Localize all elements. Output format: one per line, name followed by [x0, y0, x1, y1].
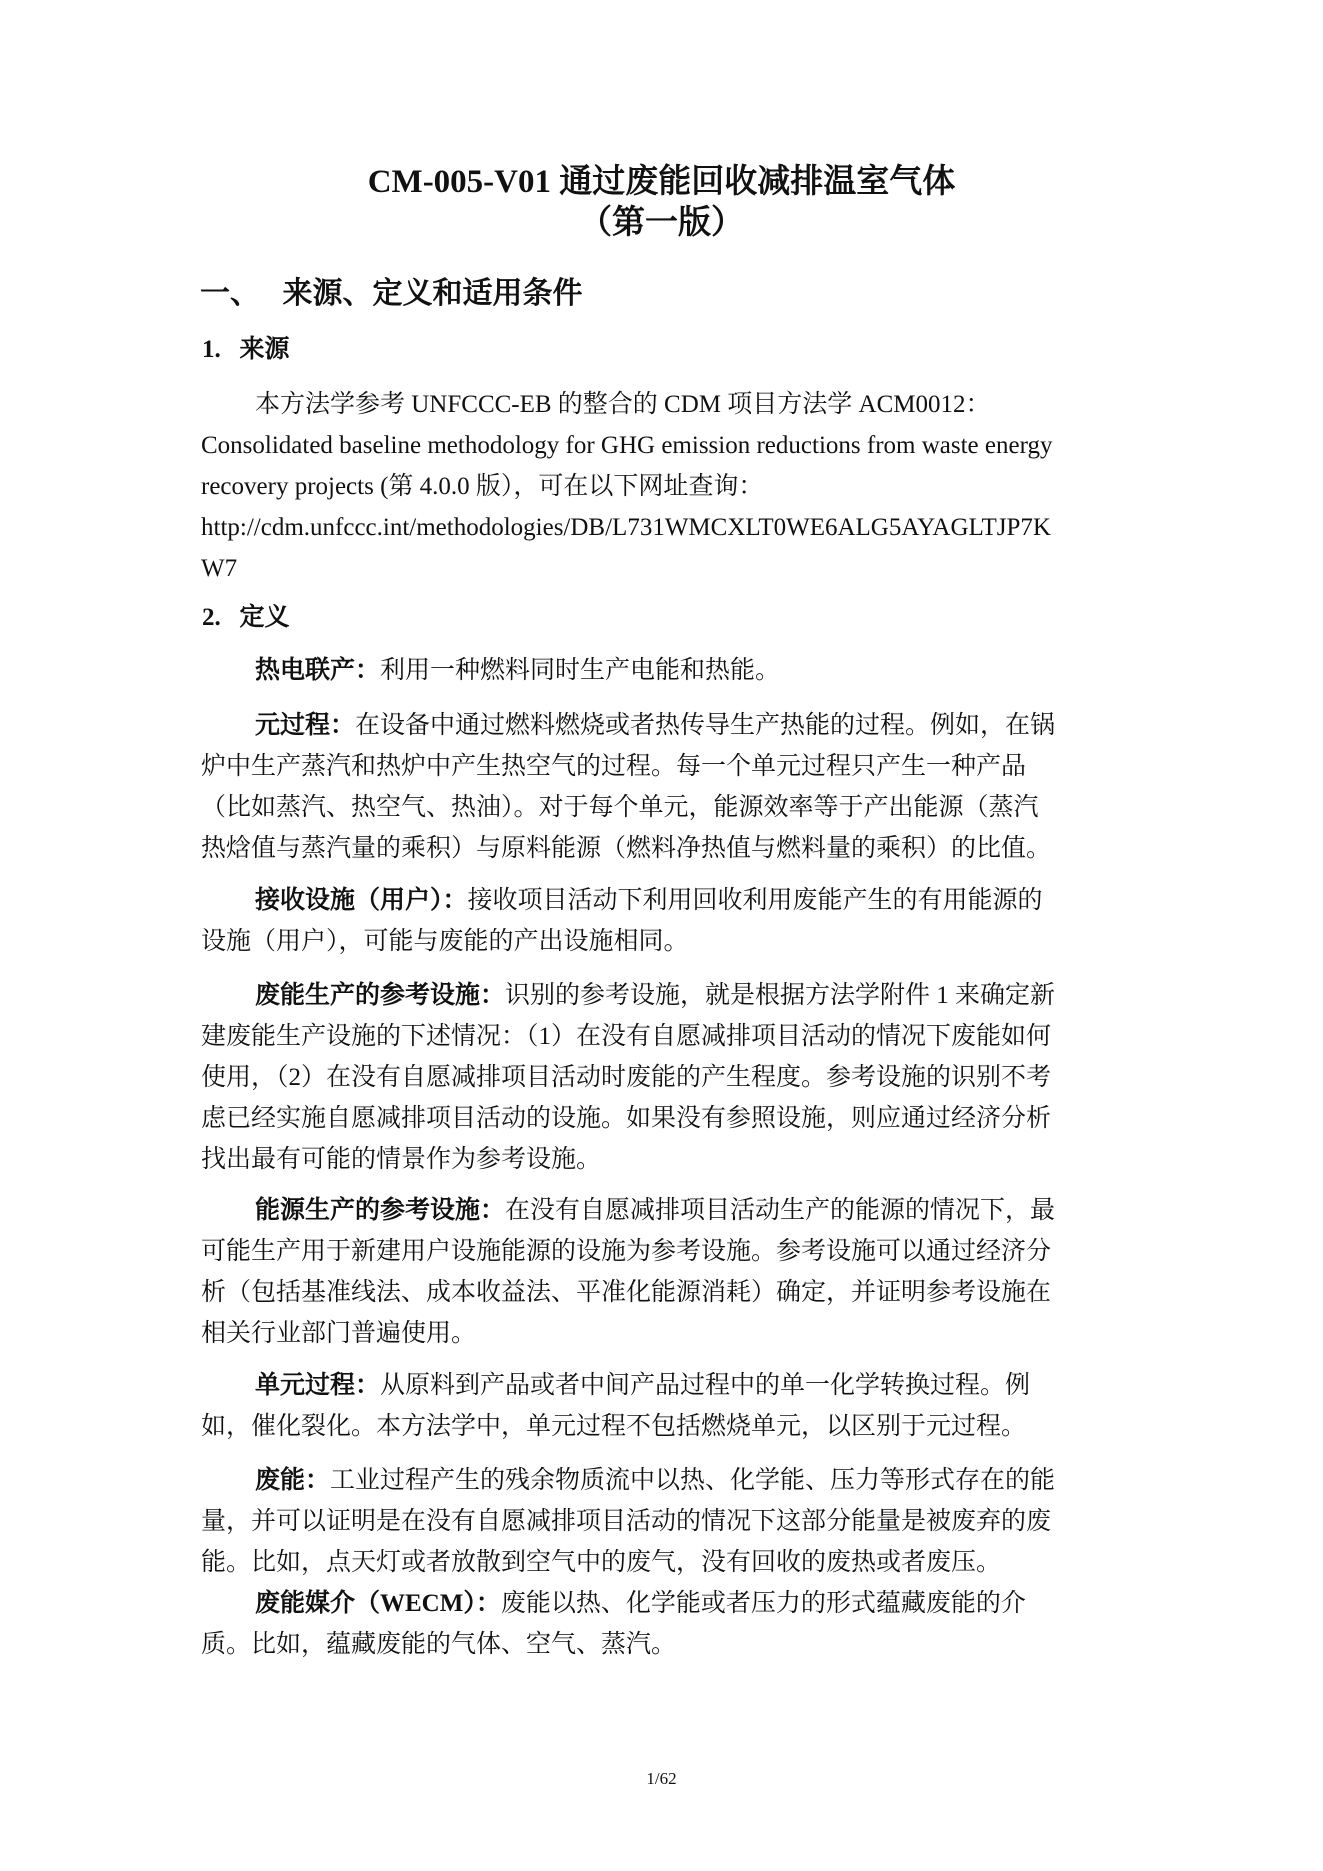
definition-text: 设施（用户），可能与废能的产出设施相同。: [201, 921, 1126, 962]
definition-recipient-facility: 接收设施（用户）：接收项目活动下利用回收利用废能产生的有用能源的 设施（用户），…: [201, 880, 1126, 962]
page-number: 1/62: [0, 1768, 1323, 1790]
definition-text: 量，并可以证明是在没有自愿减排项目活动的情况下这部分能量是被废弃的废: [201, 1501, 1126, 1542]
subsection-heading-definitions: 2. 定义: [202, 600, 290, 636]
definition-term: 废能：: [255, 1467, 330, 1494]
definition-text: （比如蒸汽、热空气、热油）。对于每个单元，能源效率等于产出能源（蒸汽: [201, 787, 1126, 828]
definition-term: 元过程：: [255, 712, 355, 739]
definition-term: 能源生产的参考设施：: [255, 1197, 505, 1224]
subsection-heading-sources: 1. 来源: [202, 332, 290, 368]
definition-energy-reference-facility: 能源生产的参考设施：在没有自愿减排项目活动生产的能源的情况下，最 可能生产用于新…: [201, 1190, 1126, 1354]
methodology-url[interactable]: http://cdm.unfccc.int/methodologies/DB/L…: [201, 507, 1126, 548]
definition-term: 热电联产：: [255, 657, 380, 684]
definition-text: 析（包括基准线法、成本收益法、平准化能源消耗）确定，并证明参考设施在: [201, 1272, 1126, 1313]
definition-text: 从原料到产品或者中间产品过程中的单一化学转换过程。例: [380, 1372, 1030, 1399]
definition-text: 可能生产用于新建用户设施能源的设施为参考设施。参考设施可以通过经济分: [201, 1231, 1126, 1272]
definition-text: 接收项目活动下利用回收利用废能产生的有用能源的: [468, 887, 1043, 914]
document-page: CM-005-V01 通过废能回收减排温室气体 （第一版） 一、 来源、定义和适…: [0, 0, 1323, 1871]
definition-text: 炉中生产蒸汽和热炉中产生热空气的过程。每一个单元过程只产生一种产品: [201, 746, 1126, 787]
definition-text: 找出最有可能的情景作为参考设施。: [201, 1139, 1126, 1180]
definition-text: 热焓值与蒸汽量的乘积）与原料能源（燃料净热值与燃料量的乘积）的比值。: [201, 828, 1126, 869]
definition-term: 单元过程：: [255, 1372, 380, 1399]
definition-text: 使用，（2）在没有自愿减排项目活动时废能的产生程度。参考设施的识别不考: [201, 1057, 1126, 1098]
definition-text: 废能以热、化学能或者压力的形式蕴藏废能的介: [501, 1590, 1026, 1617]
definition-text: 工业过程产生的残余物质流中以热、化学能、压力等形式存在的能: [330, 1467, 1055, 1494]
definition-text: 利用一种燃料同时生产电能和热能。: [380, 657, 780, 684]
definition-text: 建废能生产设施的下述情况：（1）在没有自愿减排项目活动的情况下废能如何: [201, 1016, 1126, 1057]
definition-wecm: 废能媒介（WECM）：废能以热、化学能或者压力的形式蕴藏废能的介 质。比如，蕴藏…: [201, 1583, 1126, 1665]
document-title: CM-005-V01 通过废能回收减排温室气体: [0, 162, 1323, 202]
definition-term: 废能生产的参考设施：: [255, 982, 505, 1009]
paragraph-line: 本方法学参考 UNFCCC-EB 的整合的 CDM 项目方法学 ACM0012：: [201, 384, 1126, 425]
definition-unit-process: 单元过程：从原料到产品或者中间产品过程中的单一化学转换过程。例 如，催化裂化。本…: [201, 1365, 1126, 1447]
sources-paragraph: 本方法学参考 UNFCCC-EB 的整合的 CDM 项目方法学 ACM0012：…: [201, 384, 1126, 589]
definition-text: 识别的参考设施，就是根据方法学附件 1 来确定新: [505, 982, 1055, 1009]
definition-text: 质。比如，蕴藏废能的气体、空气、蒸汽。: [201, 1624, 1126, 1665]
section-heading-sources-definitions: 一、 来源、定义和适用条件: [200, 274, 583, 314]
definition-term: 接收设施（用户）：: [255, 887, 468, 914]
definition-cogeneration: 热电联产：利用一种燃料同时生产电能和热能。: [201, 650, 1126, 691]
definition-text: 相关行业部门普遍使用。: [201, 1313, 1126, 1354]
definition-waste-energy-reference-facility: 废能生产的参考设施：识别的参考设施，就是根据方法学附件 1 来确定新 建废能生产…: [201, 975, 1126, 1180]
document-subtitle-edition: （第一版）: [0, 203, 1323, 243]
methodology-url-continued[interactable]: W7: [201, 548, 1126, 589]
definition-term: 废能媒介（WECM）：: [255, 1590, 501, 1617]
definition-element-process: 元过程：在设备中通过燃料燃烧或者热传导生产热能的过程。例如，在锅 炉中生产蒸汽和…: [201, 705, 1126, 869]
paragraph-line: recovery projects (第 4.0.0 版），可在以下网址查询：: [201, 466, 1126, 507]
definition-text: 如，催化裂化。本方法学中，单元过程不包括燃烧单元，以区别于元过程。: [201, 1406, 1126, 1447]
definition-text: 能。比如，点天灯或者放散到空气中的废气，没有回收的废热或者废压。: [201, 1542, 1126, 1583]
definition-text: 在设备中通过燃料燃烧或者热传导生产热能的过程。例如，在锅: [355, 712, 1055, 739]
definition-text: 在没有自愿减排项目活动生产的能源的情况下，最: [505, 1197, 1055, 1224]
definition-text: 虑已经实施自愿减排项目活动的设施。如果没有参照设施，则应通过经济分析: [201, 1098, 1126, 1139]
paragraph-line: Consolidated baseline methodology for GH…: [201, 425, 1126, 466]
definition-waste-energy: 废能：工业过程产生的残余物质流中以热、化学能、压力等形式存在的能 量，并可以证明…: [201, 1460, 1126, 1583]
